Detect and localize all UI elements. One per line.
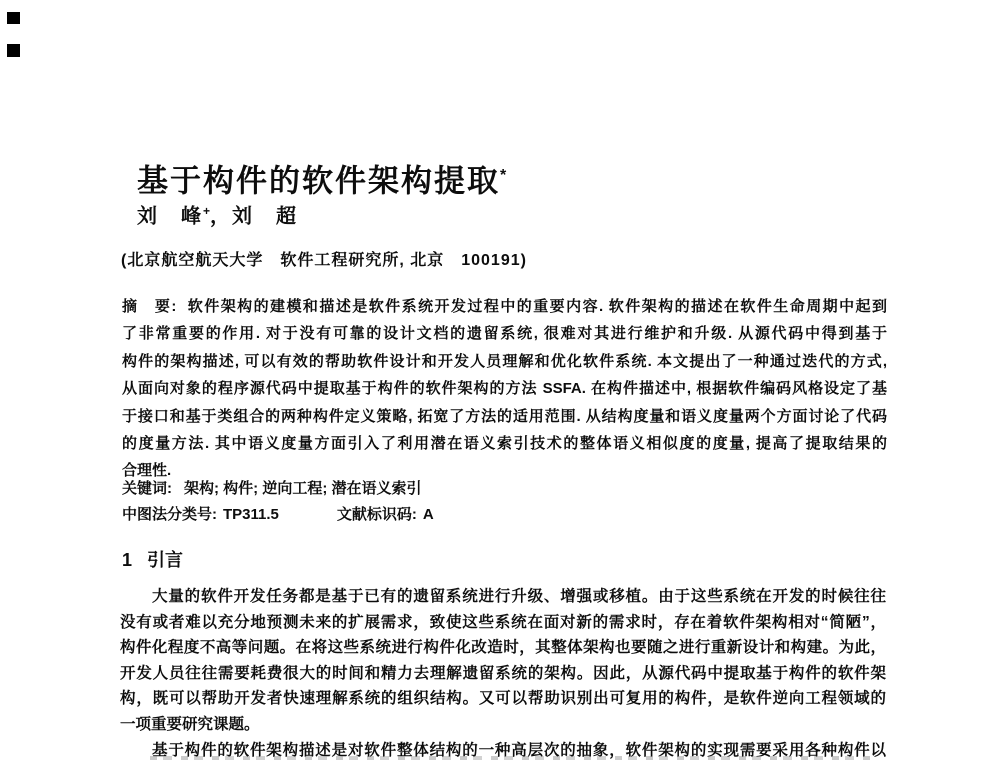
- abstract-line-text: 软件架构的建模和描述是软件系统开发过程中的重要内容. 软件架构的描述在软件生命周…: [186, 298, 887, 315]
- classification-line: 中图法分类号:TP311.5文献标识码:A: [122, 503, 434, 527]
- authors-separator: ，: [210, 206, 232, 228]
- abstract-line: 从面向对象的程序源代码中提取基于构件的软件架构的方法 SSFA. 在构件描述中,…: [122, 375, 887, 402]
- document-code-value: A: [423, 506, 434, 523]
- abstract-block: 摘 要:软件架构的建模和描述是软件系统开发过程中的重要内容. 软件架构的描述在软…: [122, 293, 887, 485]
- body-line: 开发人员往往需要耗费很大的时间和精力去理解遗留系统的架构。因此，从源代码中提取基…: [120, 661, 886, 687]
- scan-artifact-square: [7, 12, 20, 24]
- abstract-line: 了非常重要的作用. 对于没有可靠的设计文档的遗留系统, 很难对其进行维护和升级.…: [122, 320, 887, 347]
- abstract-label: 摘 要:: [122, 298, 176, 315]
- section-number: 1: [122, 550, 132, 570]
- body-line: 构，既可以帮助开发者快速理解系统的组织结构。又可以帮助识别出可复用的构件，是软件…: [120, 686, 886, 712]
- paper-page: 基于构件的软件架构提取* 刘 峰+，刘 超 (北京航空航天大学 软件工程研究所,…: [0, 0, 1000, 760]
- section-title: 引言: [147, 550, 183, 570]
- keywords-value: 架构; 构件; 逆向工程; 潜在语义索引: [184, 480, 422, 497]
- author-1: 刘 峰: [137, 206, 203, 228]
- authors-line: 刘 峰+，刘 超: [137, 196, 298, 232]
- keywords-label: 关键词:: [122, 480, 172, 497]
- clc-label: 中图法分类号:: [122, 506, 217, 523]
- body-line: 没有或者难以充分地预测未来的扩展需求，致使这些系统在面对新的需求时，存在着软件架…: [120, 610, 886, 636]
- body-line: 一项重要研究课题。: [120, 712, 886, 738]
- document-code-label: 文献标识码:: [337, 506, 417, 523]
- keywords-line: 关键词:架构; 构件; 逆向工程; 潜在语义索引: [122, 477, 422, 501]
- author-2: 刘 超: [232, 206, 298, 228]
- clipped-next-line-artifact: [150, 756, 870, 760]
- body-line: 构件化程度不高等问题。在将这些系统进行构件化改造时，其整体架构也要随之进行重新设…: [120, 635, 886, 661]
- clc-value: TP311.5: [223, 506, 279, 523]
- section-heading: 1引言: [122, 547, 183, 573]
- introduction-text: 大量的软件开发任务都是基于已有的遗留系统进行升级、增强或移植。由于这些系统在开发…: [120, 584, 886, 760]
- abstract-line: 摘 要:软件架构的建模和描述是软件系统开发过程中的重要内容. 软件架构的描述在软…: [122, 293, 887, 320]
- abstract-line: 的度量方法. 其中语义度量方面引入了利用潜在语义索引技术的整体语义相似度的度量,…: [122, 430, 887, 457]
- paper-title-text: 基于构件的软件架构提取: [137, 163, 500, 198]
- scan-artifact-square: [7, 44, 20, 57]
- body-line: 大量的软件开发任务都是基于已有的遗留系统进行升级、增强或移植。由于这些系统在开发…: [120, 584, 886, 610]
- paper-title: 基于构件的软件架构提取*: [137, 155, 506, 202]
- abstract-line: 构件的架构描述, 可以有效的帮助软件设计和开发人员理解和优化软件系统. 本文提出…: [122, 348, 887, 375]
- title-asterisk: *: [500, 167, 506, 184]
- abstract-line: 于接口和基于类组合的两种构件定义策略, 拓宽了方法的适用范围. 从结构度量和语义…: [122, 403, 887, 430]
- affiliation-line: (北京航空航天大学 软件工程研究所, 北京 100191): [121, 248, 527, 274]
- author-1-superscript: +: [203, 204, 210, 218]
